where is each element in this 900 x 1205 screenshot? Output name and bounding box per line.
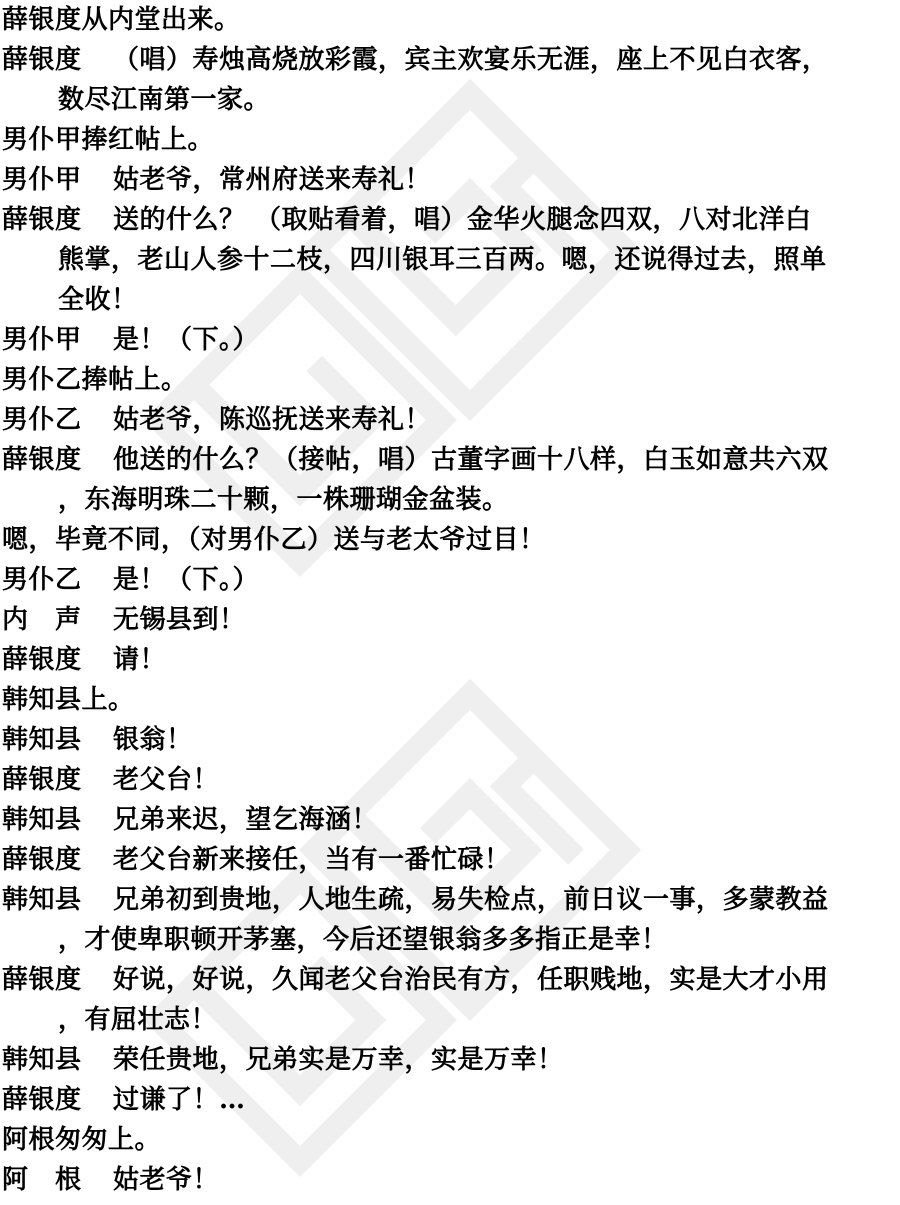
speaker-name: 薛银度 [2, 1080, 82, 1120]
stage-direction: 嗯，毕竟不同，（对男仆乙）送与老太爷过目！ [0, 520, 900, 560]
speech-continuation: ，东海明珠二十颗，一株珊瑚金盆装。 [0, 480, 900, 520]
speech-text: 兄弟初到贵地，人地生疏，易失检点，前日议一事，多蒙教益 [113, 880, 829, 920]
stage-direction: 男仆乙捧帖上。 [0, 360, 900, 400]
speaker-name: 男仆乙 [2, 560, 82, 600]
stage-direction: 韩知县上。 [0, 680, 900, 720]
dialogue-line: 薛银度 好说，好说，久闻老父台治民有方，任职贱地，实是大才小用 [0, 960, 900, 1000]
dialogue-line: 薛银度 请！ [0, 640, 900, 680]
speech-text: 是！（下。） [113, 320, 259, 360]
speech-continuation: ，有屈壮志！ [0, 1000, 900, 1040]
speaker-name: 薛银度 [2, 640, 82, 680]
speech-text: 荣任贵地，兄弟实是万幸，实是万幸！ [113, 1040, 564, 1080]
speech-text: 老父台！ [113, 760, 219, 800]
dialogue-line: 薛银度 他送的什么？（接帖，唱）古董字画十八样，白玉如意共六双 [0, 440, 900, 480]
dialogue-line: 男仆甲 姑老爷，常州府送来寿礼！ [0, 160, 900, 200]
speech-text: （唱）寿烛高烧放彩霞，宾主欢宴乐无涯，座上不见白衣客， [113, 40, 829, 80]
dialogue-line: 薛银度 （唱）寿烛高烧放彩霞，宾主欢宴乐无涯，座上不见白衣客， [0, 40, 900, 80]
stage-direction: 男仆甲捧红帖上。 [0, 120, 900, 160]
speech-text: 请！ [113, 640, 166, 680]
dialogue-line: 韩知县 兄弟初到贵地，人地生疏，易失检点，前日议一事，多蒙教益 [0, 880, 900, 920]
dialogue-line: 韩知县 银翁！ [0, 720, 900, 760]
dialogue-line: 薛银度 送的什么？ （取贴看着，唱）金华火腿念四双，八对北洋白 [0, 200, 900, 240]
speech-text: 老父台新来接任，当有一番忙碌！ [113, 840, 511, 880]
speaker-name: 韩知县 [2, 720, 82, 760]
dialogue-line: 薛银度 老父台新来接任，当有一番忙碌！ [0, 840, 900, 880]
speaker-name: 男仆甲 [2, 320, 82, 360]
speech-continuation: 数尽江南第一家。 [0, 80, 900, 120]
speech-text: 他送的什么？（接帖，唱）古董字画十八样，白玉如意共六双 [113, 440, 829, 480]
dialogue-line: 男仆乙 是！（下。） [0, 560, 900, 600]
stage-direction: 阿根匆匆上。 [0, 1120, 900, 1160]
speech-text: 好说，好说，久闻老父台治民有方，任职贱地，实是大才小用 [113, 960, 829, 1000]
speaker-name: 薛银度 [2, 200, 82, 240]
speaker-name: 薛银度 [2, 40, 82, 80]
speech-text: 是！（下。） [113, 560, 259, 600]
speaker-name: 韩知县 [2, 880, 82, 920]
speaker-name: 阿 根 [2, 1160, 82, 1200]
dialogue-line: 阿 根 姑老爷！ [0, 1160, 900, 1200]
speech-continuation: 全收！ [0, 280, 900, 320]
speaker-name: 男仆甲 [2, 160, 82, 200]
dialogue-line: 男仆甲 是！（下。） [0, 320, 900, 360]
dialogue-line: 内 声 无锡县到！ [0, 600, 900, 640]
speaker-name: 韩知县 [2, 1040, 82, 1080]
speaker-name: 内 声 [2, 600, 82, 640]
speech-text: 银翁！ [113, 720, 193, 760]
speaker-name: 韩知县 [2, 800, 82, 840]
stage-direction: 薛银度从内堂出来。 [0, 0, 900, 40]
script-body: 薛银度从内堂出来。 薛银度 （唱）寿烛高烧放彩霞，宾主欢宴乐无涯，座上不见白衣客… [0, 0, 900, 1200]
speech-text: 送的什么？ （取贴看着，唱）金华火腿念四双，八对北洋白 [113, 200, 812, 240]
speech-text: 姑老爷，陈巡抚送来寿礼！ [113, 400, 431, 440]
dialogue-line: 韩知县 荣任贵地，兄弟实是万幸，实是万幸！ [0, 1040, 900, 1080]
speaker-name: 薛银度 [2, 440, 82, 480]
dialogue-line: 男仆乙 姑老爷，陈巡抚送来寿礼！ [0, 400, 900, 440]
speech-continuation: 熊掌，老山人参十二枝，四川银耳三百两。嗯，还说得过去，照单 [0, 240, 900, 280]
dialogue-line: 薛银度 过谦了！… [0, 1080, 900, 1120]
speaker-name: 薛银度 [2, 840, 82, 880]
speech-text: 无锡县到！ [113, 600, 246, 640]
dialogue-line: 薛银度 老父台！ [0, 760, 900, 800]
dialogue-line: 韩知县 兄弟来迟，望乞海涵！ [0, 800, 900, 840]
speech-text: 姑老爷！ [113, 1160, 219, 1200]
speech-text: 兄弟来迟，望乞海涵！ [113, 800, 378, 840]
speech-text: 姑老爷，常州府送来寿礼！ [113, 160, 431, 200]
speaker-name: 薛银度 [2, 760, 82, 800]
speaker-name: 男仆乙 [2, 400, 82, 440]
speaker-name: 薛银度 [2, 960, 82, 1000]
speech-continuation: ，才使卑职顿开茅塞，今后还望银翁多多指正是幸！ [0, 920, 900, 960]
speech-text: 过谦了！… [113, 1080, 246, 1120]
